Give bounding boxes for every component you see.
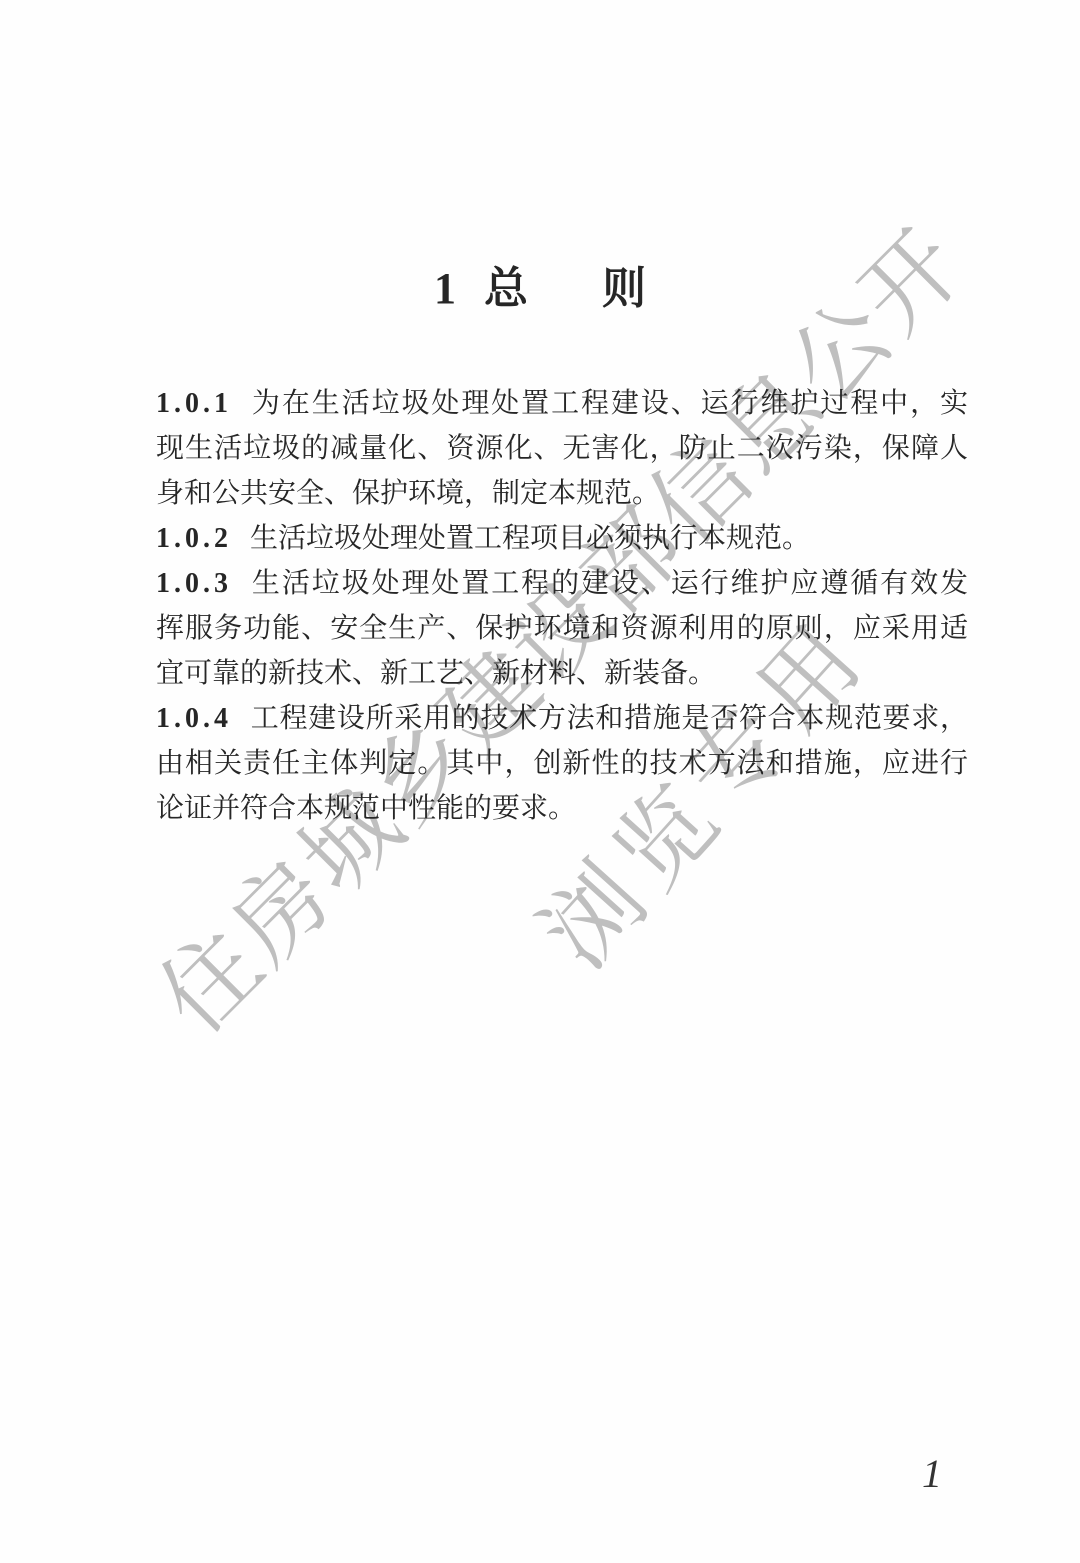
clause-line: 1.0.4工程建设所采用的技术方法和措施是否符合本规范要求， [156,696,968,741]
chapter-number: 1 [434,263,456,315]
clause-line: 1.0.1为在生活垃圾处理处置工程建设、运行维护过程中，实 [156,381,968,426]
clause-line: 挥服务功能、安全生产、保护环境和资源利用的原则，应采用适 [156,606,968,651]
clause-1-0-2: 1.0.2生活垃圾处理处置工程项目必须执行本规范。 [156,516,968,561]
clause-1-0-1: 1.0.1为在生活垃圾处理处置工程建设、运行维护过程中，实 现生活垃圾的减量化、… [156,381,968,516]
clause-text: 工程建设所采用的技术方法和措施是否符合本规范要求， [250,703,968,734]
clause-1-0-3: 1.0.3生活垃圾处理处置工程的建设、运行维护应遵循有效发 挥服务功能、安全生产… [156,561,968,696]
clause-line: 由相关责任主体判定。其中，创新性的技术方法和措施，应进行 [156,741,968,786]
clause-line: 论证并符合本规范中性能的要求。 [156,786,968,831]
clause-number: 1.0.2 [156,523,232,554]
clause-line: 身和公共安全、保护环境，制定本规范。 [156,471,968,516]
document-body: 1.0.1为在生活垃圾处理处置工程建设、运行维护过程中，实 现生活垃圾的减量化、… [156,381,968,831]
clause-line: 现生活垃圾的减量化、资源化、无害化，防止二次污染，保障人 [156,426,968,471]
clause-number: 1.0.4 [156,703,232,734]
clause-text: 生活垃圾处理处置工程项目必须执行本规范。 [250,523,810,554]
document-page: 住房城乡建设部信息公开 浏览专用 1总则 1.0.1为在生活垃圾处理处置工程建设… [0,0,1080,1563]
chapter-title: 1总则 [0,0,1080,315]
clause-line: 1.0.3生活垃圾处理处置工程的建设、运行维护应遵循有效发 [156,561,968,606]
clause-number: 1.0.1 [156,388,232,419]
page-number: 1 [922,1450,942,1497]
clause-line: 1.0.2生活垃圾处理处置工程项目必须执行本规范。 [156,516,968,561]
clause-number: 1.0.3 [156,568,232,599]
chapter-title-char-1: 总 [484,263,528,315]
clause-1-0-4: 1.0.4工程建设所采用的技术方法和措施是否符合本规范要求， 由相关责任主体判定… [156,696,968,831]
page-content: 1总则 1.0.1为在生活垃圾处理处置工程建设、运行维护过程中，实 现生活垃圾的… [0,0,1080,831]
clause-line: 宜可靠的新技术、新工艺、新材料、新装备。 [156,651,968,696]
clause-text: 生活垃圾处理处置工程的建设、运行维护应遵循有效发 [250,568,968,599]
chapter-title-char-2: 则 [602,263,646,315]
clause-text: 为在生活垃圾处理处置工程建设、运行维护过程中，实 [250,388,968,419]
